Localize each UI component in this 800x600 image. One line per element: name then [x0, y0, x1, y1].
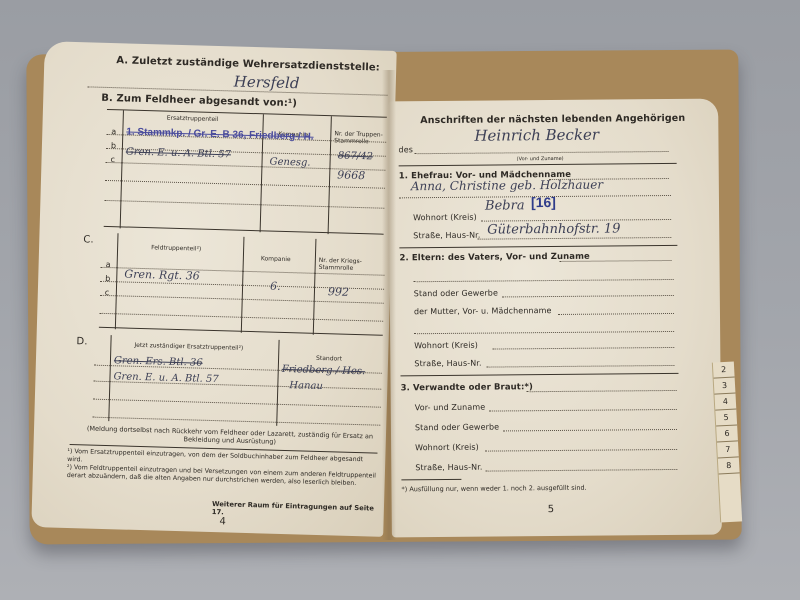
field-line [485, 449, 677, 452]
field-line [558, 313, 674, 315]
section-3-label: 3. Verwandte oder Braut:*) [401, 382, 533, 393]
unit-entry: Gren. E. u. A. Btl. 57 [113, 371, 218, 385]
strasse-label: Straße, Haus-Nr. [413, 231, 480, 241]
index-tab[interactable]: 7 [717, 441, 739, 458]
section-d-letter: D. [76, 336, 87, 347]
column-header: Nr. der Truppen-Stammrolle [334, 130, 386, 145]
field-line [414, 279, 674, 282]
section-b-label: B. Zum Feldheer abgesandt von:¹) [101, 93, 297, 109]
col-divider [276, 340, 279, 426]
row-line [104, 200, 384, 209]
unit-entry: Gren. E. u. A. Btl. 57 [126, 146, 231, 160]
field-line [489, 409, 677, 412]
page-number-right: 5 [548, 504, 554, 515]
index-tab[interactable]: 3 [714, 378, 736, 395]
row-label: c [105, 288, 110, 297]
page-title: Anschriften der nächsten lebenden Angehö… [420, 113, 685, 126]
index-tab[interactable]: 6 [716, 425, 738, 442]
section-b-text: Zum Feldheer abgesandt von:¹) [116, 93, 297, 109]
section-a-text: Zuletzt zuständige Wehrersatzdienststell… [132, 56, 380, 74]
section-divider [399, 245, 677, 248]
field-line [560, 260, 672, 262]
wife-name: Anna, Christine geb. Holzhauer [411, 178, 603, 194]
index-tab[interactable]: 4 [715, 393, 737, 410]
strasse-label: Straße, Haus-Nr. [414, 359, 481, 369]
section-c-letter: C. [83, 234, 94, 245]
number-entry: 867/42 [338, 150, 373, 162]
company-entry: Genesg. [269, 157, 310, 169]
field-line [485, 469, 677, 472]
book-gutter [382, 70, 396, 540]
field-line [502, 295, 674, 298]
row-line [93, 399, 381, 408]
name-line [415, 151, 669, 154]
index-tab[interactable]: 8 [718, 457, 740, 474]
row-label: a [111, 127, 116, 136]
row-label: c [110, 155, 115, 164]
column-header: Jetzt zuständiger Ersatztruppenteil²) [134, 342, 243, 352]
col-divider [328, 116, 332, 234]
section-b-table: Ersatztruppenteil Kompanie Nr. der Trupp… [104, 109, 387, 237]
column-header: Ersatztruppenteil [167, 115, 219, 123]
stand-label: Stand oder Gewerbe [415, 422, 499, 432]
field-line [414, 331, 674, 334]
col-divider [108, 335, 111, 421]
continuation-note: Weiterer Raum für Eintragungen auf Seite… [212, 500, 384, 521]
footnote-divider [401, 479, 461, 481]
wohnort-label: Wohnort (Kreis) [413, 213, 477, 223]
strasse-label: Straße, Haus-Nr. [415, 463, 482, 473]
field-line [486, 365, 674, 368]
left-page: A. Zuletzt zuständige Wehrersatzdienstst… [31, 41, 396, 537]
column-header: Kompanie [261, 255, 291, 263]
index-tab[interactable]: 2 [713, 362, 735, 379]
wife-town: Bebra [485, 198, 525, 213]
section-a-label: A. Zuletzt zuständige Wehrersatzdienstst… [116, 55, 380, 73]
column-header: Standort [316, 355, 342, 363]
soldier-name: Heinrich Becker [474, 126, 599, 145]
location-entry: Hanau [289, 380, 323, 392]
photo-scene: A. Zuletzt zuständige Wehrersatzdienstst… [0, 0, 800, 600]
col-divider [120, 110, 124, 228]
section-divider [399, 163, 677, 166]
row-label: a [106, 260, 111, 269]
footnote: *) Ausfüllung nur, wenn weder 1. noch 2.… [401, 484, 586, 494]
wohnort-label: Wohnort (Kreis) [415, 443, 479, 453]
column-header: Feldtruppenteil²) [151, 244, 201, 252]
stand-label: Stand oder Gewerbe [414, 288, 498, 298]
section-c-table: Feldtruppenteil²) Kompanie Nr. der Krieg… [99, 233, 386, 339]
mutter-label: der Mutter, Vor- u. Mädchenname [414, 306, 552, 316]
wohnort-label: Wohnort (Kreis) [414, 341, 478, 351]
number-entry: 992 [328, 285, 349, 299]
section-d-table: Jetzt zuständiger Ersatztruppenteil²) St… [92, 335, 382, 435]
column-header: Nr. der Kriegs-Stammrolle [319, 257, 379, 273]
number-entry: 9668 [337, 168, 365, 182]
des-label: des [398, 145, 413, 154]
section-b-letter: B. [101, 93, 113, 104]
field-line [503, 429, 677, 432]
section-a-value: Hersfeld [234, 72, 300, 92]
name-caption: (Vor- und Zuname) [517, 156, 564, 162]
field-line [492, 347, 674, 350]
row-label: b [111, 141, 116, 150]
name-label: Vor- und Zuname [415, 403, 486, 413]
postal-code-stamp: [16] [531, 194, 556, 210]
unit-entry: Gren. Ers. Btl. 36 [114, 355, 203, 368]
location-entry: Friedberg / Hes. [282, 364, 366, 377]
field-line [527, 390, 677, 392]
page-number-left: 4 [219, 516, 226, 527]
row-label: b [105, 274, 110, 283]
company-entry: 6. [270, 280, 281, 293]
section-divider [400, 373, 678, 376]
section-a-letter: A. [116, 55, 128, 66]
section-3-text: 3. Verwandte oder Braut:*) [401, 382, 533, 393]
unit-entry: Gren. Rgt. 36 [124, 267, 200, 282]
right-page: Anschriften der nächsten lebenden Angehö… [388, 99, 722, 538]
row-line [92, 417, 380, 426]
wife-street: Güterbahnhofstr. 19 [487, 221, 620, 237]
unit-stamp: 1. Stammkp. / Gr. E. B 36, Friedberg / H… [126, 126, 314, 142]
index-tab[interactable]: 5 [715, 409, 737, 426]
